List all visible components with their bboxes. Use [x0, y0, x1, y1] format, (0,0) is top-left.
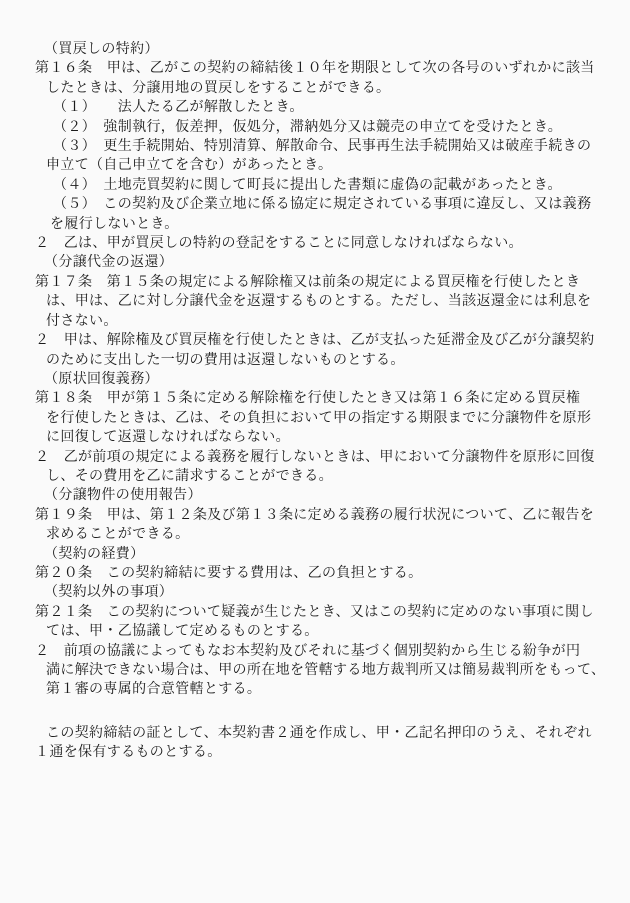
text-line: 第１審の専属的合意管轄とする。 — [35, 680, 596, 699]
text-line: は、甲は、乙に対し分譲代金を返還するものとする。ただし、当該返還金には利息を — [35, 292, 596, 311]
item-line: （４） 土地売買契約に関して町長に提出した書類に虚偽の記載があったとき。 — [35, 176, 596, 195]
article-line: 第２１条 この契約について疑義が生じたとき、又はこの契約に定めのない事項に関し — [35, 603, 596, 622]
article-line: ２ 前項の協議によってもなお本契約及びそれに基づく個別契約から生じる紛争が円 — [35, 642, 596, 661]
text-line: この契約締結の証として、本契約書２通を作成し、甲・乙記名押印のうえ、それぞれ — [35, 724, 596, 743]
section-heading: （契約の経費） — [35, 545, 596, 564]
text-line: を履行しないとき。 — [35, 215, 596, 234]
article-line: 第１８条 甲が第１５条に定める解除権を行使したとき又は第１６条に定める買戻権 — [35, 389, 596, 408]
document-body: （買戻しの特約）第１６条 甲は、乙がこの契約の締結後１０年を期限として次の各号の… — [35, 40, 596, 763]
text-line: したときは、分譲用地の買戻しをすることができる。 — [35, 79, 596, 98]
section-heading: （原状回復義務） — [35, 370, 596, 389]
contract-document-page: （買戻しの特約）第１６条 甲は、乙がこの契約の締結後１０年を期限として次の各号の… — [0, 0, 630, 903]
section-heading: （買戻しの特約） — [35, 40, 596, 59]
text-line: ては、甲・乙協議して定めるものとする。 — [35, 622, 596, 641]
article-line: ２ 乙が前項の規定による義務を履行しないときは、甲において分譲物件を原形に回復 — [35, 448, 596, 467]
text-line: 求めることができる。 — [35, 525, 596, 544]
section-heading: （分譲物件の使用報告） — [35, 486, 596, 505]
article-line: 第１７条 第１５条の規定による解除権又は前条の規定による買戻権を行使したとき — [35, 273, 596, 292]
text-line: を行使したときは、乙は、その負担において甲の指定する期限までに分譲物件を原形 — [35, 409, 596, 428]
section-heading: （契約以外の事項） — [35, 583, 596, 602]
text-line: 満に解決できない場合は、甲の所在地を管轄する地方裁判所又は簡易裁判所をもって、 — [35, 661, 596, 680]
article-line: 第２０条 この契約締結に要する費用は、乙の負担とする。 — [35, 564, 596, 583]
text-line: 申立て（自己申立てを含む）があったとき。 — [35, 156, 596, 175]
text-line: に回復して返還しなければならない。 — [35, 428, 596, 447]
section-heading: （分譲代金の返還） — [35, 253, 596, 272]
article-line: 第１９条 甲は、第１２条及び第１３条に定める義務の履行状況について、乙に報告を — [35, 506, 596, 525]
item-line: （１） 法人たる乙が解散したとき。 — [35, 98, 596, 117]
article-line: 第１６条 甲は、乙がこの契約の締結後１０年を期限として次の各号のいずれかに該当 — [35, 59, 596, 78]
item-line: （２） 強制執行，仮差押，仮処分，滞納処分又は競売の申立てを受けたとき。 — [35, 118, 596, 137]
article-line: １通を保有するものとする。 — [35, 743, 596, 762]
text-line: のために支出した一切の費用は返還しないものとする。 — [35, 351, 596, 370]
text-line: し、その費用を乙に請求することができる。 — [35, 467, 596, 486]
item-line: （５） この契約及び企業立地に係る協定に規定されている事項に違反し、又は義務 — [35, 195, 596, 214]
text-line: 付さない。 — [35, 312, 596, 331]
item-line: （３） 更生手続開始、特別清算、解散命令、民事再生法手続開始又は破産手続きの — [35, 137, 596, 156]
article-line: ２ 乙は、甲が買戻しの特約の登記をすることに同意しなければならない。 — [35, 234, 596, 253]
article-line: ２ 甲は、解除権及び買戻権を行使したときは、乙が支払った延滞金及び乙が分譲契約 — [35, 331, 596, 350]
